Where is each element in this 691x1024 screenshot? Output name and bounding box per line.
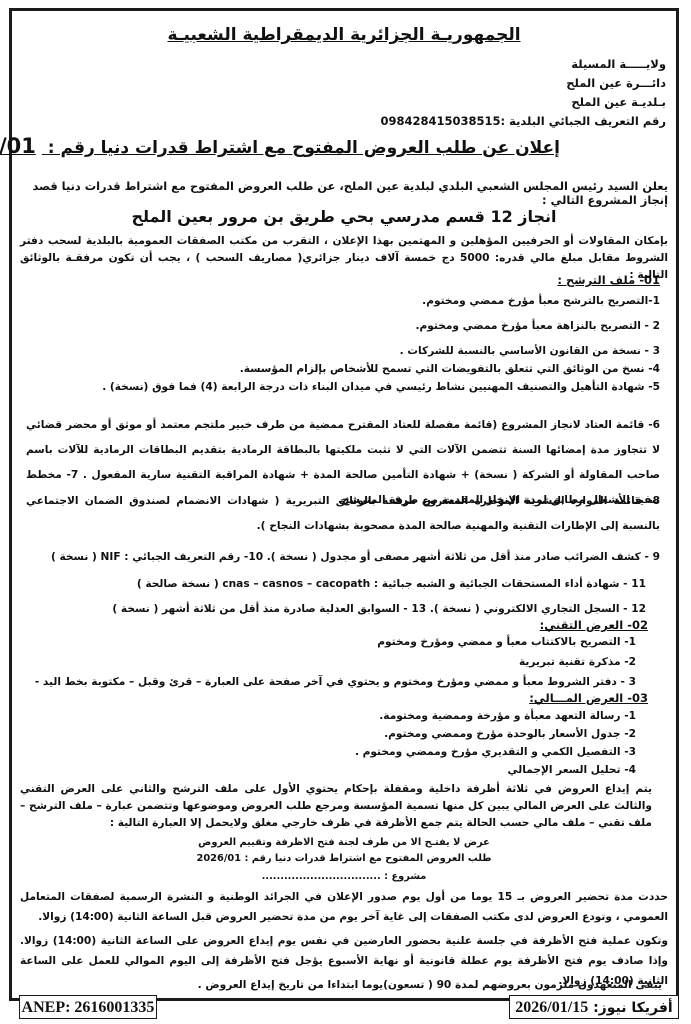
country-title: الجمهوريـة الجزائرية الديمقراطية الشعبيـ… xyxy=(12,25,676,45)
candidacy-item-1: 1-التصريح بالترشح معبأ مؤرخ ممضي ومختوم. xyxy=(26,293,660,310)
closing-paragraph-3: يبقى المتعهدون ملزمون بعروضهم لمدة 90 ( … xyxy=(26,977,662,994)
candidacy-item-8: 8- قائمة الموارد البشرية المؤطرة المشروع… xyxy=(26,489,660,539)
candidacy-item-12-13: 12 - السجل التجاري الالكتروني ( نسخة ). … xyxy=(26,601,646,618)
financial-item-1: 1- رسالة التعهد معبأة و مؤرخة وممضية ومخ… xyxy=(26,708,636,725)
candidacy-item-2: 2 - التصريح بالنزاهة معبأ مؤرخ ممضي ومخت… xyxy=(26,318,660,335)
candidacy-item-3: 3 - نسخة من القانون الأساسي بالنسبة للشر… xyxy=(26,343,660,360)
administration-block: ولايـــــة المسيلة دائـــرة عين الملح بـ… xyxy=(380,55,666,131)
technical-item-1: 1- التصريح بالاكتتاب معبأ و ممضي ومؤرخ و… xyxy=(26,634,636,651)
submission-paragraph: يتم إيداع العروض في ثلاثة أظرفة داخلية و… xyxy=(20,781,652,832)
candidacy-item-11: 11 - شهادة أداء المستحقات الجبائية و الش… xyxy=(26,576,646,593)
daira-line: دائـــرة عين الملح xyxy=(380,74,666,93)
envelope-line-3: مشروع : ................................ xyxy=(12,871,676,882)
wilaya-line: ولايـــــة المسيلة xyxy=(380,55,666,74)
technical-item-2: 2- مذكرة تقنية تبريرية xyxy=(26,654,636,671)
announcement-frame: الجمهوريـة الجزائرية الديمقراطية الشعبيـ… xyxy=(9,8,679,1001)
project-title: انجاز 12 قسم مدرسي بحي طريق بن مرور بعين… xyxy=(12,207,676,226)
candidacy-item-4: 4- نسخ من الوثائق التي تتعلق بالتفويضات … xyxy=(26,361,660,378)
publication-date: 2026/01/15 xyxy=(515,999,588,1016)
newspaper-name: أفريكا نيوز: xyxy=(593,1000,673,1016)
section-financial-title: 03- العرض المـــالي: xyxy=(529,691,648,705)
announcement-headline: إعلان عن طلب العروض المفتوح مع اشتراط قد… xyxy=(0,134,560,158)
commune-line: بـلديـة عين الملح xyxy=(380,93,666,112)
anep-reference: ANEP: 2616001335 xyxy=(19,995,157,1019)
headline-number: 2026/01 xyxy=(0,134,36,158)
envelope-line-1: عرض لا يفتـح الا من طرف لجنة فتح الاظرفة… xyxy=(12,837,676,848)
technical-item-3: 3 - دفتر الشروط معبأ و ممضي ومؤرخ ومختوم… xyxy=(26,674,636,691)
intro-paragraph: يعلن السيد رئيس المجلس الشعبي البلدي لبل… xyxy=(20,179,668,207)
financial-item-3: 3- التفصيل الكمي و التقديري مؤرخ وممضي و… xyxy=(26,744,636,761)
financial-item-4: 4- تحليل السعر الإجمالي xyxy=(26,762,636,779)
candidacy-item-9-10: 9 - كشف الضرائب صادر منذ أقل من ثلاثة أش… xyxy=(26,549,660,566)
envelope-line-2: طلب العروض المفتوح مع اشتراط قدرات دنيا … xyxy=(12,853,676,864)
financial-item-2: 2- جدول الأسعار بالوحدة مؤرخ وممضي ومختو… xyxy=(26,726,636,743)
tax-id-line: رقم التعريف الجبائي البلدية :09842841503… xyxy=(380,112,666,131)
section-candidacy-title: 01- ملف الترشح : xyxy=(557,273,660,287)
candidacy-item-5: 5- شهادة التأهيل والتصنيف المهنيين نشاط … xyxy=(26,379,660,396)
headline-text: إعلان عن طلب العروض المفتوح مع اشتراط قد… xyxy=(48,138,560,158)
section-technical-title: 02- العرض التقني: xyxy=(540,618,648,632)
closing-paragraph-1: حددت مدة تحضير العروض بـ 15 يوما من أول … xyxy=(20,887,668,927)
publication-box: أفريكا نيوز: 2026/01/15 xyxy=(509,995,679,1019)
